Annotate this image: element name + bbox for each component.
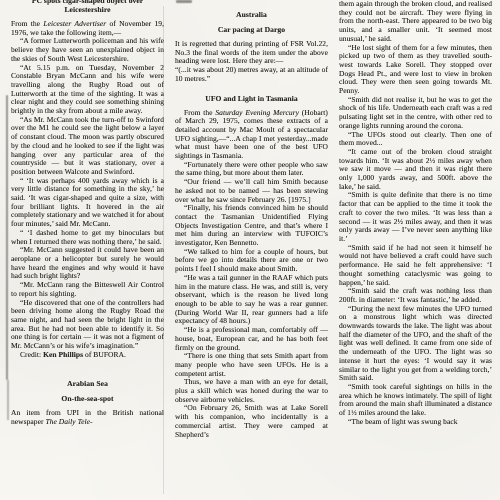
- paragraph: “Mr. McCann rang the Bitteswell Air Cont…: [11, 281, 164, 298]
- scanned-document-page: PC spots cigar-shaped object over Leices…: [0, 0, 500, 500]
- text-run: “He is a professional man, comfortably o…: [175, 325, 328, 351]
- text-run: “It came out of the broken cloud straigh…: [339, 147, 492, 191]
- paragraph: “At 5.15 p.m. on Tuesday, November 2 Con…: [11, 64, 164, 116]
- text-run: “On February 26, Smith was at Lake Sorel…: [175, 403, 328, 438]
- text-run: “He was a tail gunner in the RAAF which …: [175, 273, 328, 326]
- text-run: “Smith took careful sightings on hills i…: [339, 382, 492, 417]
- paragraph: From the Saturday Evening Mercury (Hobar…: [175, 109, 328, 161]
- text-run: “ ‘It was perhaps 400 yards away which i…: [11, 176, 164, 229]
- paragraph: “ ‘It was perhaps 400 yards away which i…: [11, 177, 164, 229]
- text-run: “Smith is quite definite that there is n…: [339, 190, 492, 243]
- text-run: UFO and Light in Tasmania: [205, 94, 297, 103]
- paragraph: “It came out of the broken cloud straigh…: [339, 148, 492, 192]
- paragraph: “ ‘I dashed home to get my binoculars bu…: [11, 229, 164, 246]
- paragraph: From the Leicester Advertiser of Novembe…: [11, 20, 164, 37]
- text-run: of BUFORA.: [83, 350, 126, 359]
- paragraph: “He lost sight of them for a few minutes…: [339, 44, 492, 96]
- text-run: PC spots cigar-shaped object over Leices…: [32, 0, 143, 14]
- text-run: Credit:: [20, 350, 43, 359]
- text-run: “Smith said the craft was nothing less t…: [339, 286, 492, 304]
- paragraph: “We talked to him for a couple of hours,…: [175, 248, 328, 274]
- text-run: Car pacing at Dargo: [218, 25, 285, 34]
- text-run: “He discovered that one of the controlle…: [11, 298, 164, 351]
- column-3: them again through the broken cloud, and…: [339, 0, 492, 500]
- text-run: “Smith did not realise it, but he was to…: [339, 95, 492, 130]
- section-heading: PC spots cigar-shaped object over Leices…: [15, 0, 160, 14]
- text-run: Ken Phillips: [43, 350, 83, 359]
- text-run: “Finally, his friends convinced him he s…: [175, 203, 328, 247]
- paragraph: “Smith said if he had not seen it himsel…: [339, 244, 492, 288]
- text-run: “(...it was about 20) metres away, at an…: [175, 65, 328, 83]
- section-heading: Australia: [179, 10, 324, 19]
- paragraph: Thus, we have a man with an eye for deta…: [175, 378, 328, 404]
- text-run: “He lost sight of them for a few minutes…: [339, 43, 492, 96]
- text-run: (Hobart) of March 29, 1975, comes these …: [175, 108, 328, 161]
- text-run: “At 5.15 p.m. on Tuesday, November 2 Con…: [11, 63, 164, 116]
- text-run: “Our friend — we’ll call him Smith becau…: [175, 177, 328, 203]
- column-2: AustraliaCar pacing at DargoIt is regret…: [175, 0, 328, 500]
- paragraph: An item from UPI in the British national…: [11, 409, 164, 426]
- text-run: “Mr. McCann rang the Bitteswell Air Cont…: [11, 280, 164, 298]
- paragraph: “(...it was about 20) metres away, at an…: [175, 66, 328, 83]
- text-run: “The UFOs stood out clearly. Then one of…: [339, 130, 492, 148]
- text-run: “A former Lutterworth policeman and his …: [11, 36, 164, 62]
- paragraph: “Mr. McCann suggested it could have been…: [11, 246, 164, 281]
- paragraph: “He discovered that one of the controlle…: [11, 299, 164, 351]
- section-heading: Car pacing at Dargo: [179, 25, 324, 34]
- text-run: “We talked to him for a couple of hours,…: [175, 247, 328, 273]
- paragraph: “He was a tail gunner in the RAAF which …: [175, 274, 328, 326]
- text-run: From the: [11, 19, 43, 28]
- text-run: The Daily Tele-: [45, 417, 92, 426]
- text-run: “During the next few minutes the UFO tur…: [339, 304, 492, 383]
- paragraph: “Finally, his friends convinced him he s…: [175, 204, 328, 248]
- text-run: “Smith said if he had not seen it himsel…: [339, 243, 492, 287]
- paragraph: “He is a professional man, comfortably o…: [175, 326, 328, 352]
- paragraph: “On February 26, Smith was at Lake Sorel…: [175, 404, 328, 439]
- paragraph: “The beam of light was swung back: [339, 418, 492, 427]
- paragraph: “Our friend — we’ll call him Smith becau…: [175, 178, 328, 204]
- paragraph: “Fortunately there were other people who…: [175, 161, 328, 178]
- section-heading: Arabian Sea: [15, 379, 160, 388]
- paragraph: “Smith took careful sightings on hills i…: [339, 383, 492, 418]
- text-run: Thus, we have a man with an eye for deta…: [175, 377, 328, 403]
- paragraph: It is regretted that during printing of …: [175, 40, 328, 66]
- text-run: On-the-sea-spot: [61, 394, 113, 403]
- text-run: “Fortunately there were other people who…: [175, 160, 328, 178]
- text-run: From the: [184, 108, 215, 117]
- text-run: Australia: [236, 10, 267, 19]
- credit-line: Credit: Ken Phillips of BUFORA.: [11, 351, 164, 360]
- text-run: “The beam of light was swung back: [348, 417, 458, 426]
- section-heading: On-the-sea-spot: [15, 394, 160, 403]
- column-1: PC spots cigar-shaped object over Leices…: [11, 0, 164, 500]
- text-run: Saturday Evening Mercury: [215, 108, 299, 117]
- paragraph: “As Mr. McCann took the turn-off to Swin…: [11, 116, 164, 177]
- text-run: “ ‘I dashed home to get my binoculars bu…: [11, 228, 164, 246]
- text-run: “As Mr. McCann took the turn-off to Swin…: [11, 115, 164, 176]
- paragraph: them again through the broken cloud, and…: [339, 0, 492, 44]
- paragraph: “A former Lutterworth policeman and his …: [11, 37, 164, 63]
- paragraph: “Smith said the craft was nothing less t…: [339, 287, 492, 304]
- text-run: “Mr. McCann suggested it could have been…: [11, 245, 164, 280]
- text-run: Leicester Advertiser: [43, 19, 106, 28]
- paragraph: “Smith did not realise it, but he was to…: [339, 96, 492, 131]
- text-run: them again through the broken cloud, and…: [339, 0, 492, 43]
- paragraph: “There is one thing that sets Smith apar…: [175, 352, 328, 378]
- text-columns: PC spots cigar-shaped object over Leices…: [0, 0, 500, 500]
- text-run: Arabian Sea: [67, 379, 108, 388]
- text-run: It is regretted that during printing of …: [175, 39, 328, 65]
- paragraph: “The UFOs stood out clearly. Then one of…: [339, 131, 492, 148]
- paragraph: “During the next few minutes the UFO tur…: [339, 305, 492, 383]
- paragraph: “Smith is quite definite that there is n…: [339, 191, 492, 243]
- text-run: “There is one thing that sets Smith apar…: [175, 351, 328, 377]
- section-heading: UFO and Light in Tasmania: [179, 94, 324, 103]
